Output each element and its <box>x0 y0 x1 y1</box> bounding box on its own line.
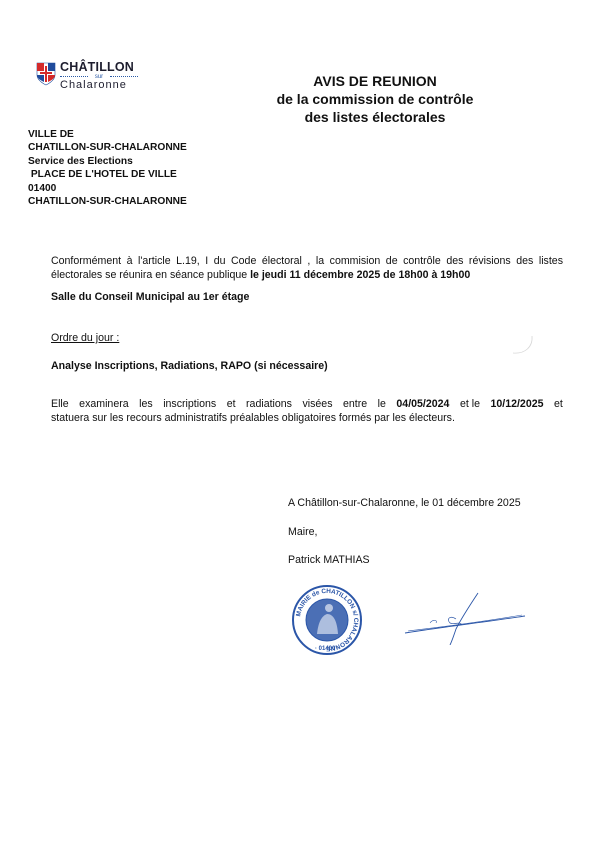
stamp-code: · 01400 · <box>315 646 339 652</box>
sender-address: VILLE DE CHATILLON-SUR-CHALARONNE Servic… <box>28 128 187 208</box>
handwritten-signature <box>400 585 530 645</box>
meeting-room: Salle du Conseil Municipal au 1er étage <box>51 291 249 303</box>
address-line: VILLE DE <box>28 128 187 141</box>
word: visées <box>302 397 332 411</box>
intro-paragraph: Conformément à l'article L.19, I du Code… <box>51 254 563 282</box>
agenda-label: Ordre du jour : <box>51 332 119 344</box>
address-line: PLACE DE L'HOTEL DE VILLE <box>28 168 187 181</box>
official-stamp: MAIRIE de CHATILLON s/ CHALARONNE · 0140… <box>291 584 363 656</box>
word: entre <box>343 397 367 411</box>
date-from: 04/05/2024 <box>396 397 449 411</box>
word: les <box>139 397 153 411</box>
word: le <box>378 397 386 411</box>
place-and-date: A Châtillon-sur-Chalaronne, le 01 décemb… <box>288 497 521 509</box>
date-to: 10/12/2025 <box>490 397 543 411</box>
examination-line1: Elle examinera les inscriptions et radia… <box>51 397 563 411</box>
address-line: CHATILLON-SUR-CHALARONNE <box>28 141 187 154</box>
address-line: CHATILLON-SUR-CHALARONNE <box>28 195 187 208</box>
word: et <box>227 397 236 411</box>
word: et <box>554 397 563 411</box>
word: et le <box>460 397 480 411</box>
word: Elle <box>51 397 69 411</box>
meeting-datetime: le jeudi 11 décembre 2025 de 18h00 à 19h… <box>250 269 470 281</box>
examination-line2: statuera sur les recours administratifs … <box>51 411 563 425</box>
address-line: 01400 <box>28 182 187 195</box>
logo-name-line2: Chalaronne <box>60 79 127 91</box>
agenda-item: Analyse Inscriptions, Radiations, RAPO (… <box>51 360 328 372</box>
word: radiations <box>246 397 292 411</box>
examination-paragraph: Elle examinera les inscriptions et radia… <box>51 397 563 425</box>
title-line3: des listes électorales <box>250 108 500 126</box>
shield-icon <box>36 62 56 86</box>
address-line: Service des Elections <box>28 155 187 168</box>
word: examinera <box>79 397 128 411</box>
scan-smudge <box>505 333 535 358</box>
signer-role: Maire, <box>288 526 317 538</box>
document-title: AVIS DE REUNION de la commission de cont… <box>250 72 500 126</box>
title-line1: AVIS DE REUNION <box>250 72 500 90</box>
signer-name: Patrick MATHIAS <box>288 554 370 566</box>
word: inscriptions <box>163 397 216 411</box>
title-line2: de la commission de contrôle <box>250 90 500 108</box>
city-logo: CHÂTILLON sur Chalaronne <box>36 60 146 92</box>
logo-name-line1: CHÂTILLON <box>60 60 134 74</box>
